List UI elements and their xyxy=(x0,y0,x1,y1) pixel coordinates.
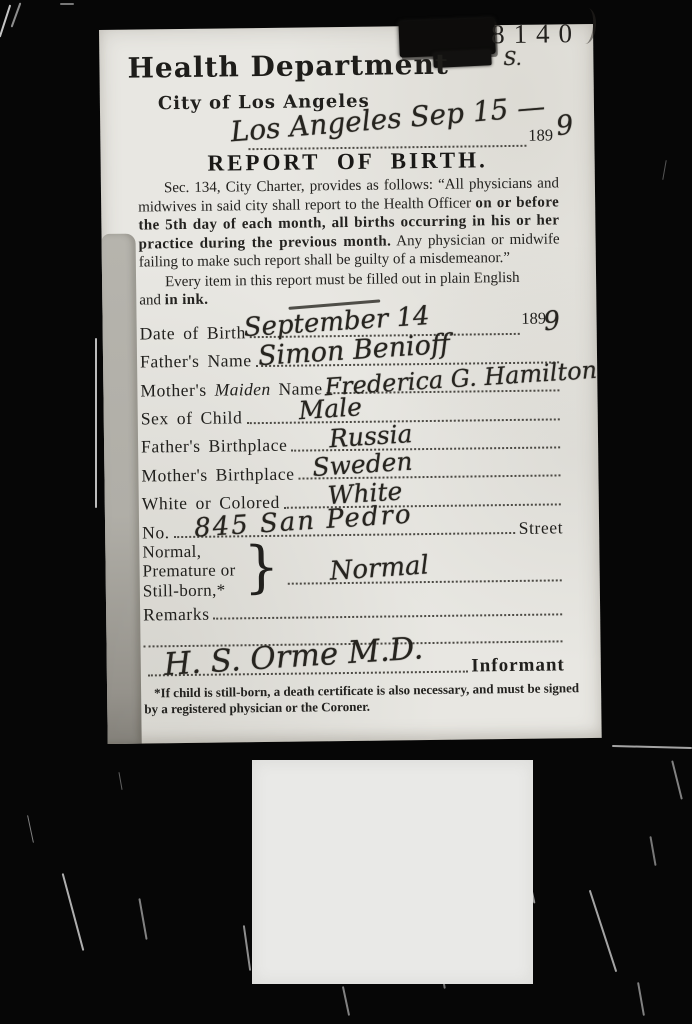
dotted-line: Russia xyxy=(291,444,560,451)
dateline-year-prefix: 189 xyxy=(528,125,553,145)
film-scratch xyxy=(671,760,683,799)
film-scratch xyxy=(118,772,122,790)
blank-card xyxy=(252,760,533,984)
field-label-father-birthplace: Father's Birthplace xyxy=(141,437,288,456)
field-row-address: No. 845 San Pedro Street xyxy=(142,508,563,542)
field-label-street: Street xyxy=(519,519,564,537)
serial-number: 8140 xyxy=(491,18,581,50)
instruction-line2: and xyxy=(139,292,165,308)
birth-report-card: 8140 S. Health Department City of Los An… xyxy=(99,24,602,744)
stillborn-footnote: *If child is still-born, a death certifi… xyxy=(144,680,584,717)
field-label-date-of-birth: Date of Birth xyxy=(140,324,246,343)
instruction-line2-bold: in ink. xyxy=(165,292,209,309)
film-scratch xyxy=(138,898,147,940)
field-row-birth-type: Normal, Premature or Still-born,* } Norm… xyxy=(142,538,564,599)
department-title: Health Department xyxy=(127,48,449,85)
printed-year: 1899 xyxy=(521,307,561,337)
field-label-informant: Informant xyxy=(471,655,565,675)
field-label-father-name: Father's Name xyxy=(140,352,252,371)
instruction-line1: Every item in this report must be filled… xyxy=(165,269,520,289)
film-scratch xyxy=(342,986,350,1016)
film-scratch xyxy=(27,815,34,843)
form-fields: Date of Birth September 14 1899 Father's… xyxy=(139,309,565,717)
field-label-remarks: Remarks xyxy=(143,605,210,623)
field-label-sex-of-child: Sex of Child xyxy=(141,409,243,428)
film-scratch xyxy=(60,3,74,5)
handwritten-sex-of-child: Male xyxy=(297,392,362,425)
film-scratch xyxy=(612,745,692,749)
tape-strip xyxy=(101,234,141,744)
film-scratch xyxy=(62,873,85,951)
birth-type-line1: Normal, xyxy=(142,542,235,561)
film-scratch xyxy=(11,2,22,27)
dotted-line: Sweden xyxy=(299,473,561,480)
birth-type-label: Normal, Premature or Still-born,* xyxy=(142,542,236,599)
pen-mark xyxy=(575,7,597,45)
film-scratch xyxy=(637,982,645,1016)
dotted-line: H. S. Orme M.D. xyxy=(148,669,468,677)
field-label-mother-birthplace: Mother's Birthplace xyxy=(141,465,294,484)
field-label-mother-maiden-name: Mother's Maiden Name xyxy=(140,380,322,400)
label-italic: Maiden xyxy=(215,379,271,400)
birth-type-line2: Premature or xyxy=(143,562,236,581)
handwritten-birth-type: Normal xyxy=(328,551,429,587)
film-scratch xyxy=(649,836,656,866)
handwritten-year-digit: 9 xyxy=(542,306,562,338)
film-scratch xyxy=(243,925,251,971)
charter-paragraph: Sec. 134, City Charter, provides as foll… xyxy=(138,174,561,310)
field-row-informant: H. S. Orme M.D. Informant xyxy=(144,645,565,679)
label-pre: Mother's xyxy=(140,379,215,400)
film-scratch xyxy=(662,160,666,180)
birth-type-line3: Still-born,* xyxy=(143,581,236,600)
film-scratch xyxy=(589,890,617,972)
dotted-line: Normal xyxy=(287,578,561,585)
dotted-line: Frederica G. Hamilton xyxy=(327,388,560,395)
dateline-year-digit: 9 xyxy=(554,109,575,142)
film-scratch xyxy=(95,338,97,508)
report-title: REPORT OF BIRTH. xyxy=(100,146,594,178)
charter-text: Sec. 134, City Charter, provides as foll… xyxy=(138,174,560,272)
brace-glyph: } xyxy=(243,542,279,598)
film-scratch xyxy=(0,5,11,38)
dotted-line: 845 San Pedro xyxy=(174,530,515,538)
field-label-street-number: No. xyxy=(142,524,170,542)
serial-suffix: S. xyxy=(503,48,522,70)
